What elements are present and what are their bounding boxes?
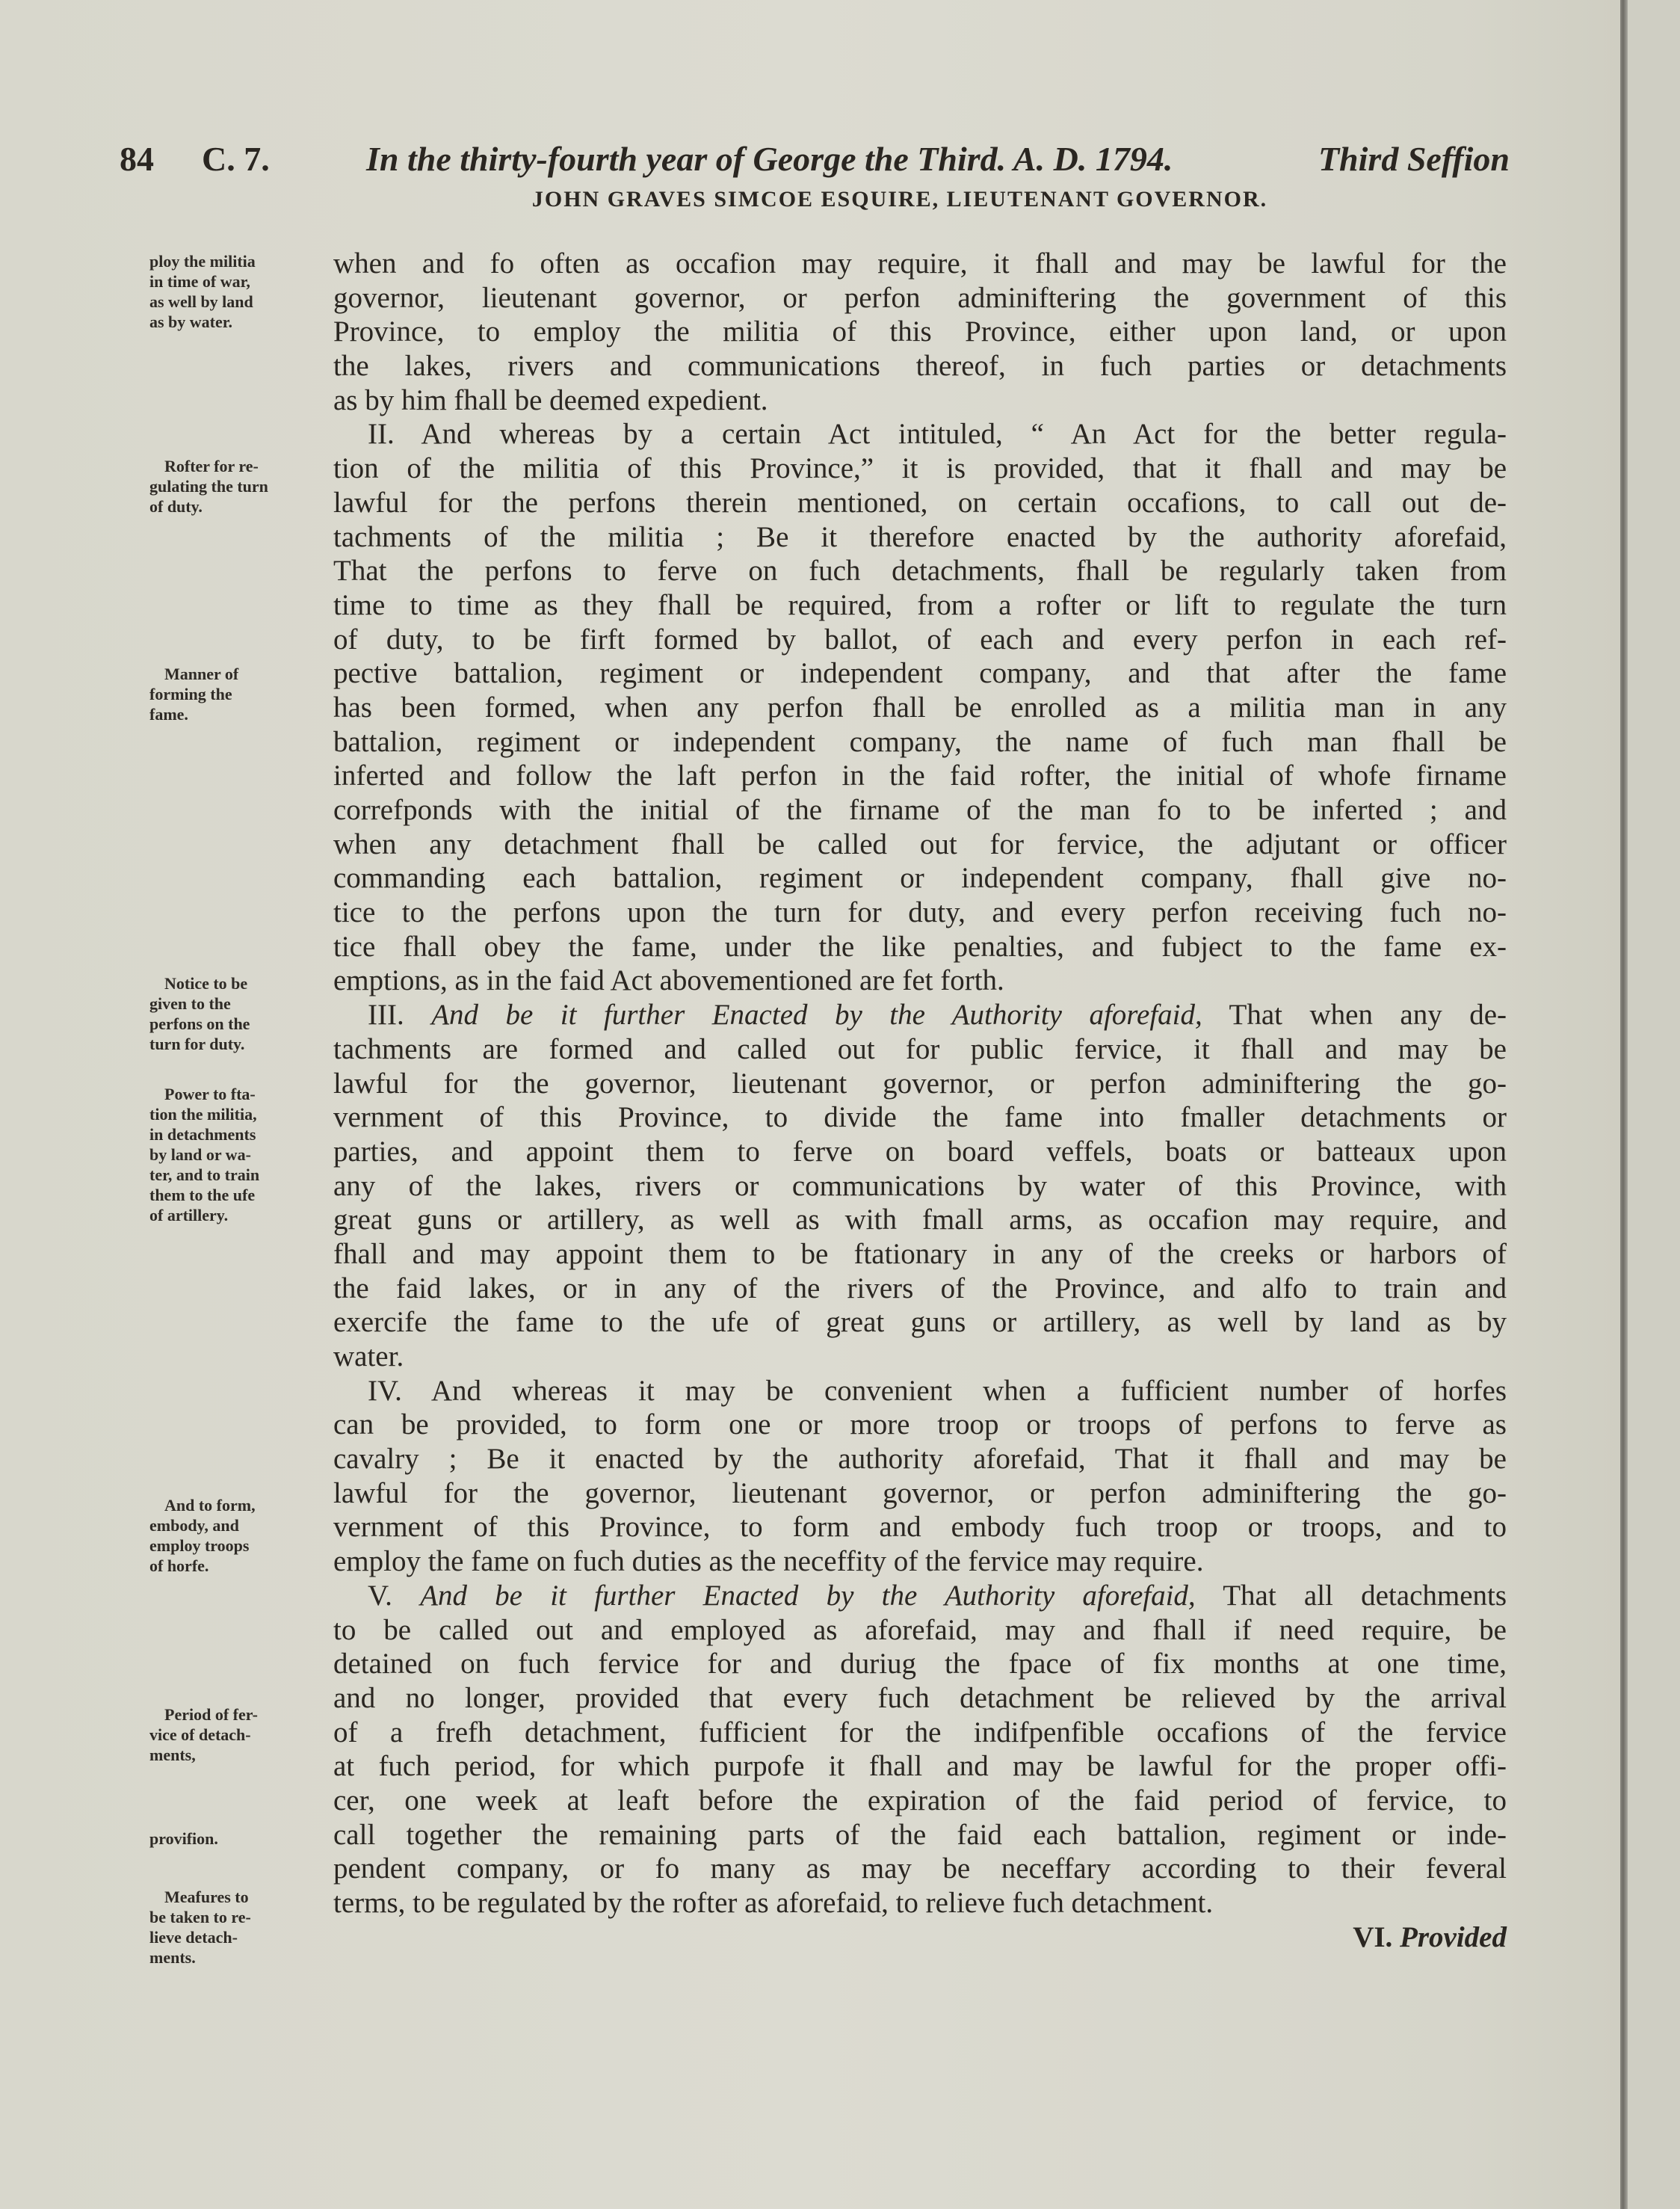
page-number: 84 [120, 139, 154, 179]
text-line: commanding each battalion, regiment or i… [333, 861, 1507, 896]
text-line: tion of the militia of this Province,” i… [333, 452, 1507, 486]
subheading-text: JOHN GRAVES SIMCOE ESQUIRE, LIEUTENANT G… [532, 187, 1267, 212]
text-line: tice fhall obey the fame, under the like… [333, 930, 1507, 964]
text-line: terms, to be regulated by the rofter as … [333, 1886, 1507, 1920]
text-line: to be called out and employed as aforefa… [333, 1613, 1507, 1648]
text-line: when any detachment fhall be called out … [333, 828, 1507, 862]
text-line: vernment of this Province, to divide the… [333, 1100, 1507, 1135]
text-line: has been formed, when any perfon fhall b… [333, 691, 1507, 725]
sidenote-manner-of-forming: Manner of forming the fame. [149, 664, 314, 724]
text-line: at fuch period, for which purpofe it fha… [333, 1749, 1507, 1784]
text-line: as by him fhall be deemed expedient. [333, 383, 1507, 418]
text-line: water. [333, 1340, 1507, 1374]
sidenote-power-to-station: Power to fta- tion the militia, in detac… [149, 1084, 314, 1225]
text-line: tachments are formed and called out for … [333, 1032, 1507, 1067]
text-line: of duty, to be firft formed by ballot, o… [333, 623, 1507, 657]
text-line: lawful for the governor, lieutenant gove… [333, 1067, 1507, 1101]
text-line: correfponds with the initial of the firn… [333, 793, 1507, 828]
text-line: can be provided, to form one or more tro… [333, 1408, 1507, 1442]
text-line: tachments of the militia ; Be it therefo… [333, 520, 1507, 555]
text-line: lawful for the perfons therein mentioned… [333, 486, 1507, 520]
text-line: employ the fame on fuch duties as the ne… [333, 1544, 1507, 1579]
chapter-number: C. 7. [202, 139, 270, 179]
text-line: call together the remaining parts of the… [333, 1818, 1507, 1852]
sidenote-provision: provifion. [149, 1828, 314, 1849]
text-line: time to time as they fhall be required, … [333, 588, 1507, 623]
text-line: vernment of this Province, to form and e… [333, 1510, 1507, 1544]
text-line: lawful for the governor, lieutenant gove… [333, 1476, 1507, 1511]
text-line: fhall and may appoint them to be ftation… [333, 1237, 1507, 1272]
text-line: great guns or artillery, as well as with… [333, 1203, 1507, 1237]
text-line: Province, to employ the militia of this … [333, 315, 1507, 349]
section-iii-first-line: III. And be it further Enacted by the Au… [333, 998, 1507, 1032]
section-number: V. [368, 1580, 392, 1612]
facing-page-edge [1628, 0, 1680, 2209]
text-line: any of the lakes, rivers or communicatio… [333, 1169, 1507, 1204]
text-line: the faid lakes, or in any of the rivers … [333, 1272, 1507, 1306]
sidenote-period-of-service: Period of fer- vice of detach- ments, [149, 1704, 314, 1765]
text-line: emptions, as in the faid Act abovementio… [333, 964, 1507, 998]
text-line: cer, one week at leaft before the expira… [333, 1784, 1507, 1818]
statute-body: when and fo often as occafion may requir… [333, 247, 1507, 1954]
text-line: exercife the fame to the ufe of great gu… [333, 1305, 1507, 1340]
sidenote-troops-of-horse: And to form, embody, and employ troops o… [149, 1495, 314, 1576]
catchword: VI. Provided [333, 1920, 1507, 1955]
enacting-clause: And be it further Enacted by the Authori… [420, 1580, 1196, 1612]
section-v-first-line: V. And be it further Enacted by the Auth… [333, 1579, 1507, 1613]
text-line: detained on fuch fervice for and duriug … [333, 1647, 1507, 1681]
session-label: Third Seffion [1318, 139, 1510, 179]
text-line: pective battalion, regiment or independe… [333, 656, 1507, 691]
text-line: parties, and appoint them to ferve on bo… [333, 1135, 1507, 1169]
text-line: inferted and follow the laft perfon in t… [333, 759, 1507, 793]
sidenote-roster: Rofter for re- gulating the turn of duty… [149, 456, 314, 517]
running-title: In the thirty-fourth year of George the … [366, 139, 1173, 179]
sidenote-measures-relieve: Meafures to be taken to re- lieve detach… [149, 1887, 314, 1968]
text-line: governor, lieutenant governor, or perfon… [333, 281, 1507, 315]
section-number: III. [368, 999, 404, 1031]
text-line: pendent company, or fo many as may be ne… [333, 1852, 1507, 1886]
text-line: tice to the perfons upon the turn for du… [333, 896, 1507, 930]
lieutenant-governor-subheading: JOHN GRAVES SIMCOE ESQUIRE, LIEUTENANT G… [0, 187, 1620, 212]
text-line: when and fo often as occafion may requir… [333, 247, 1507, 281]
text-line: and no longer, provided that every fuch … [333, 1681, 1507, 1716]
sidenote-notice: Notice to be given to the perfons on the… [149, 973, 314, 1054]
book-gutter [1620, 0, 1628, 2209]
text-line: of a frefh detachment, fufficient for th… [333, 1716, 1507, 1750]
section-iv-first-line: IV. And whereas it may be convenient whe… [333, 1374, 1507, 1408]
text-line: That the perfons to ferve on fuch detach… [333, 554, 1507, 588]
text-line: cavalry ; Be it enacted by the authority… [333, 1442, 1507, 1476]
text-line: battalion, regiment or independent compa… [333, 725, 1507, 760]
text-line: the lakes, rivers and communications the… [333, 349, 1507, 383]
section-ii-first-line: II. And whereas by a certain Act intitul… [333, 417, 1507, 452]
sidenote-militia-land-water: ploy the militia in time of war, as well… [149, 251, 314, 332]
book-page: 84 C. 7. In the thirty-fourth year of Ge… [0, 0, 1620, 2209]
enacting-clause: And be it further Enacted by the Authori… [431, 999, 1202, 1031]
running-header: 84 C. 7. In the thirty-fourth year of Ge… [120, 139, 1510, 184]
